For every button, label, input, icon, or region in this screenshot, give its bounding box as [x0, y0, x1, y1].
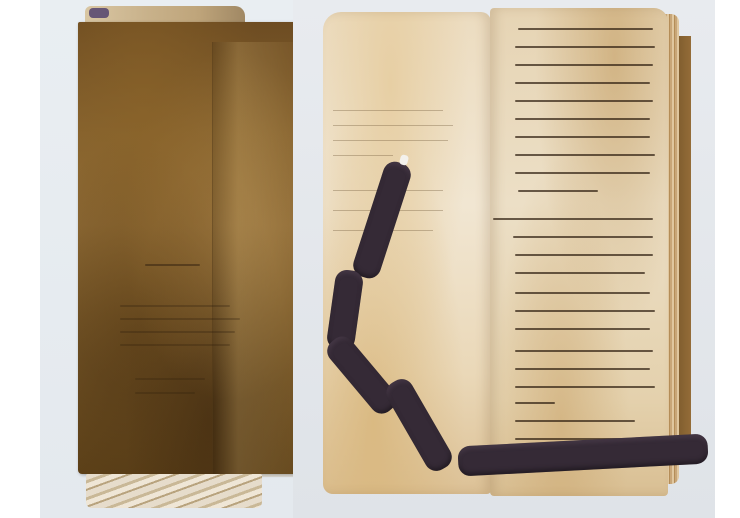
cover-inscription	[145, 264, 200, 266]
cover-inscription	[120, 318, 240, 320]
text-line	[515, 118, 650, 120]
text-line	[515, 64, 653, 66]
booklet-bottom-edge	[86, 474, 262, 508]
faded-text	[333, 125, 453, 126]
faded-text	[333, 110, 443, 111]
text-line	[515, 386, 655, 388]
text-line	[515, 46, 655, 48]
faded-text	[333, 140, 448, 141]
cover-flap	[212, 42, 293, 477]
text-line	[515, 82, 650, 84]
text-line	[515, 368, 650, 370]
text-line	[515, 402, 555, 404]
text-line	[515, 136, 650, 138]
cover-inscription	[135, 378, 205, 380]
text-line	[515, 100, 653, 102]
text-line	[515, 254, 653, 256]
cover-inscription	[120, 344, 230, 346]
text-line	[515, 292, 650, 294]
text-line	[515, 420, 635, 422]
text-line	[513, 236, 653, 238]
cover-inscription	[135, 392, 195, 394]
text-line	[515, 328, 650, 330]
cover-inscription	[120, 331, 235, 333]
text-line	[515, 350, 653, 352]
text-line	[518, 28, 653, 30]
text-line	[493, 218, 653, 220]
text-line	[515, 172, 650, 174]
text-line-date	[518, 190, 598, 192]
photo-open-booklet	[293, 0, 715, 518]
photo-closed-booklet	[40, 0, 293, 518]
text-line	[515, 272, 645, 274]
text-line	[515, 310, 655, 312]
cover-inscription	[120, 305, 230, 307]
faded-text	[333, 155, 393, 156]
text-line	[515, 154, 655, 156]
